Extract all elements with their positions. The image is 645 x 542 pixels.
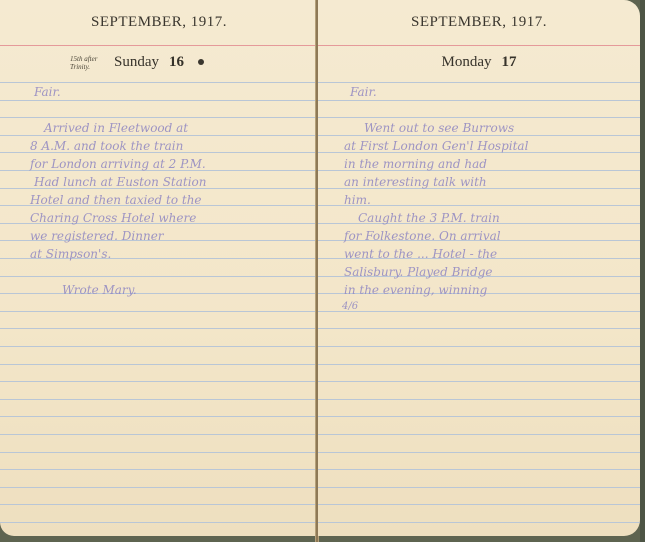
handwriting-line: 4/6 bbox=[342, 301, 358, 312]
ruled-line bbox=[318, 311, 640, 312]
ruled-line bbox=[0, 399, 318, 400]
ruled-line bbox=[0, 364, 318, 365]
handwriting-line: Hotel and then taxied to the bbox=[30, 193, 202, 207]
day-heading-left: Sunday 16 bbox=[0, 53, 318, 71]
ruled-line bbox=[318, 469, 640, 470]
handwriting-line: him. bbox=[344, 193, 371, 207]
ruled-line bbox=[0, 416, 318, 417]
handwriting-line: Wrote Mary. bbox=[62, 283, 137, 297]
handwriting-line: Had lunch at Euston Station bbox=[34, 175, 207, 189]
ruled-line bbox=[318, 434, 640, 435]
day-number: 16 bbox=[169, 54, 184, 70]
day-name: Sunday bbox=[114, 54, 159, 70]
month-header-left: SEPTEMBER, 1917. bbox=[0, 14, 318, 31]
day-heading-right: Monday 17 bbox=[318, 53, 640, 71]
ruled-line bbox=[318, 487, 640, 488]
ruled-line bbox=[0, 346, 318, 347]
full-moon-icon bbox=[198, 59, 204, 65]
left-page: SEPTEMBER, 1917. 15th after Trinity. Sun… bbox=[0, 0, 318, 536]
ruled-line bbox=[0, 117, 318, 118]
ruled-line bbox=[0, 469, 318, 470]
handwriting-line: at First London Gen'l Hospital bbox=[344, 139, 528, 153]
handwriting-line: in the morning and had bbox=[344, 157, 487, 171]
handwriting-line: at Simpson's. bbox=[30, 247, 111, 261]
ruled-line bbox=[318, 135, 640, 136]
ruled-line bbox=[0, 504, 318, 505]
handwriting-line: Charing Cross Hotel where bbox=[30, 211, 196, 225]
handwriting-line: Caught the 3 P.M. train bbox=[358, 211, 500, 225]
ruled-line bbox=[0, 100, 318, 101]
ruled-line bbox=[318, 100, 640, 101]
ruled-line bbox=[318, 346, 640, 347]
ruled-line bbox=[318, 399, 640, 400]
ruled-line bbox=[318, 364, 640, 365]
handwriting-line: went to the ... Hotel - the bbox=[344, 247, 497, 261]
handwriting-line: Arrived in Fleetwood at bbox=[44, 121, 188, 135]
handwriting-line: Fair. bbox=[34, 85, 61, 99]
right-page: SEPTEMBER, 1917. Monday 17 Fair. Went ou… bbox=[318, 0, 640, 536]
ruled-line bbox=[0, 276, 318, 277]
day-number: 17 bbox=[502, 54, 517, 70]
handwriting-line: Fair. bbox=[350, 85, 377, 99]
ruled-line bbox=[0, 487, 318, 488]
ruled-line bbox=[318, 522, 640, 523]
handwriting-line: for Folkestone. On arrival bbox=[344, 229, 501, 243]
ruled-line bbox=[0, 522, 318, 523]
ruled-line bbox=[0, 311, 318, 312]
red-header-rule bbox=[0, 45, 318, 46]
handwriting-line: an interesting talk with bbox=[344, 175, 487, 189]
ruled-line bbox=[0, 381, 318, 382]
ruled-line bbox=[318, 328, 640, 329]
ruled-line bbox=[318, 416, 640, 417]
day-name: Monday bbox=[442, 54, 492, 70]
ruled-line bbox=[318, 381, 640, 382]
ruled-line bbox=[0, 452, 318, 453]
book-cover-edge bbox=[640, 0, 645, 542]
month-header-right: SEPTEMBER, 1917. bbox=[318, 14, 640, 31]
ruled-line bbox=[0, 135, 318, 136]
ruled-line bbox=[0, 434, 318, 435]
open-diary: SEPTEMBER, 1917. 15th after Trinity. Sun… bbox=[0, 0, 645, 542]
ruled-line bbox=[318, 82, 640, 83]
ruled-line bbox=[0, 293, 318, 294]
ruled-line bbox=[318, 117, 640, 118]
ruled-line bbox=[0, 328, 318, 329]
ruled-line bbox=[318, 504, 640, 505]
handwriting-line: we registered. Dinner bbox=[30, 229, 164, 243]
ruled-line bbox=[318, 452, 640, 453]
handwriting-line: Salisbury. Played Bridge bbox=[344, 265, 492, 279]
handwriting-line: 8 A.M. and took the train bbox=[30, 139, 183, 153]
handwriting-line: for London arriving at 2 P.M. bbox=[30, 157, 206, 171]
handwriting-line: Went out to see Burrows bbox=[364, 121, 514, 135]
ruled-line bbox=[0, 82, 318, 83]
handwriting-line: in the evening, winning bbox=[344, 283, 487, 297]
red-header-rule bbox=[318, 45, 640, 46]
